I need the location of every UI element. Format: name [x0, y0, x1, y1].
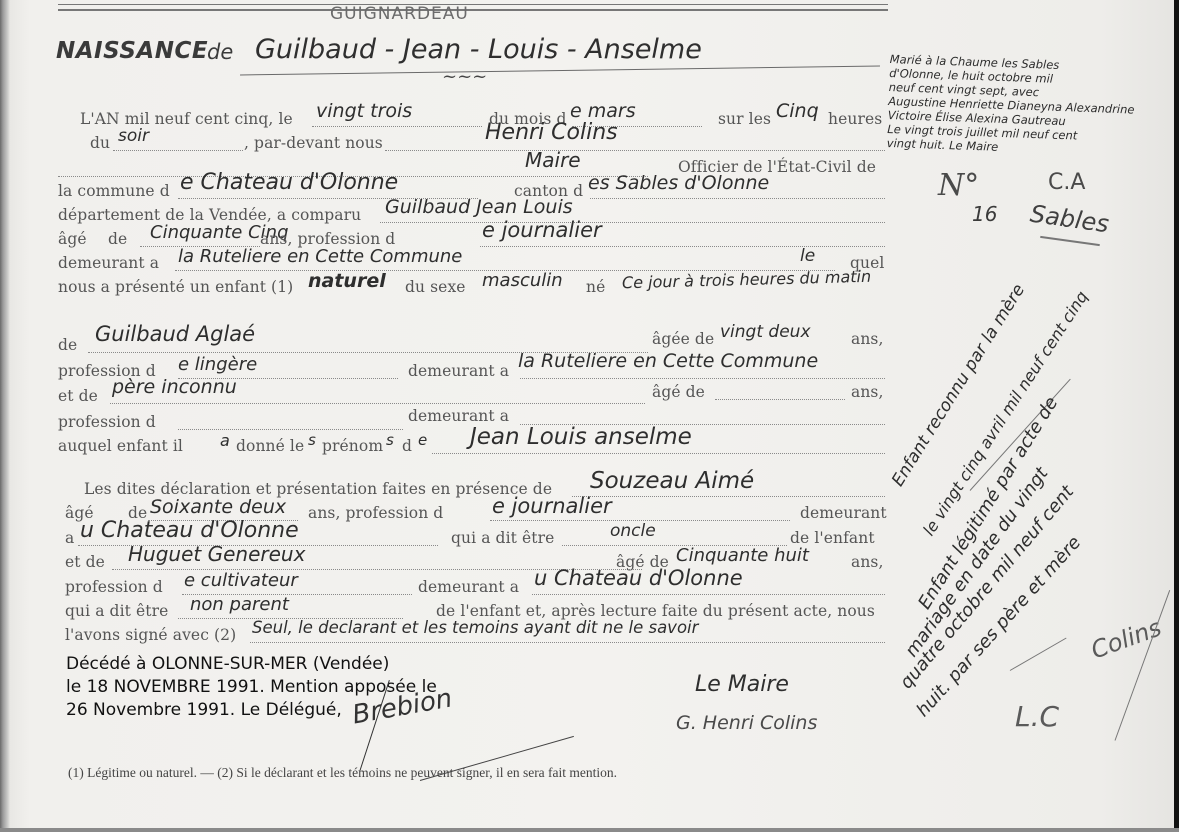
printed-donne-le: donné le	[236, 437, 304, 455]
printed-de: de	[108, 230, 127, 248]
printed-ans: ans,	[851, 383, 884, 401]
printed-qui-a-dit-etre: qui a dit être	[65, 602, 168, 620]
printed-avons-signe: l'avons signé avec (2)	[65, 626, 236, 644]
witness1-residence-value: u Chateau d'Olonne	[80, 518, 299, 543]
printed-demeurant: demeurant	[800, 504, 887, 522]
declarant-name-value: Guilbaud Jean Louis	[385, 196, 573, 218]
witness1-relation-value: oncle	[610, 521, 656, 541]
record-type-title: NAISSANCE	[56, 38, 208, 64]
father-value: père inconnu	[112, 376, 237, 398]
time-of-day-value: soir	[118, 126, 149, 146]
officer-title-value: Maire	[525, 148, 581, 172]
printed-du: du	[90, 134, 110, 152]
marriage-margin-note: Marié à la Chaume les Sables d'Olonne, l…	[887, 52, 1175, 160]
officer-name-value: Henri Colins	[485, 120, 618, 145]
ca-label: C.A	[1048, 170, 1085, 195]
printed-agee-de: âgée de	[652, 330, 714, 348]
printed-age: âgé	[58, 230, 87, 248]
death-mention-line: Décédé à OLONNE-SUR-MER (Vendée)	[66, 653, 437, 676]
plural-s-1: s	[308, 431, 316, 449]
record-number-label: N°	[938, 168, 979, 203]
printed-prenom: prénom	[322, 437, 383, 455]
legitimation-note-line: mariage en date du vingt	[901, 464, 1053, 661]
field-line	[250, 642, 885, 643]
civil-registry-page: GUIGNARDEAU NAISSANCE de Guilbaud - Jean…	[0, 0, 1179, 832]
printed-demeurant-a: demeurant a	[408, 407, 509, 425]
field-line	[380, 222, 885, 223]
e-handwritten: e	[418, 431, 427, 449]
child-full-name: Guilbaud - Jean - Louis - Anselme	[255, 34, 702, 65]
signature-flourish	[1115, 590, 1171, 741]
signature-clause-value: Seul, le declarant et les temoins ayant …	[252, 618, 698, 637]
record-number-value: 16	[972, 202, 997, 226]
printed-demeurant: demeurant a	[58, 254, 159, 272]
witness2-profession-value: e cultivateur	[184, 570, 298, 591]
mother-residence-value: la Ruteliere en Cette Commune	[518, 350, 818, 372]
printed-profession: profession d	[65, 578, 163, 596]
field-line	[572, 496, 885, 497]
printed-et-de: et de	[65, 553, 105, 571]
printed-ans: ans,	[851, 553, 884, 571]
ca-underline	[1040, 236, 1100, 246]
field-line	[312, 126, 482, 127]
printed-par-devant-nous: , par-devant nous	[244, 134, 383, 152]
printed-du-sexe: du sexe	[405, 278, 466, 296]
witness1-profession-value: e journalier	[492, 494, 612, 518]
printed-ne: né	[586, 278, 605, 296]
annotation-guignardeau: GUIGNARDEAU	[330, 4, 469, 24]
printed-demeurant-a: demeurant a	[418, 578, 519, 596]
printed-et-de: et de	[58, 387, 98, 405]
witness2-relation-value: non parent	[190, 594, 289, 615]
child-sex-value: masculin	[482, 270, 563, 291]
printed-d: d	[402, 437, 412, 455]
field-line	[110, 403, 645, 404]
witness1-name-value: Souzeau Aimé	[590, 468, 754, 494]
mother-profession-value: e lingère	[178, 354, 257, 375]
printed-de-mother: de	[58, 336, 77, 354]
lequel-handwritten: le	[800, 246, 815, 266]
margin-signature-initials: L.C	[1015, 700, 1059, 733]
declaration-hour-value: Cinq	[776, 100, 819, 122]
field-line	[590, 198, 885, 199]
witness2-residence-value: u Chateau d'Olonne	[534, 566, 743, 590]
declarant-profession-value: e journalier	[482, 218, 602, 242]
title-de: de	[207, 40, 233, 64]
field-line	[113, 150, 243, 151]
printed-qui-a-dit-etre: qui a dit être	[451, 529, 554, 547]
top-rule-thick	[58, 9, 888, 11]
printed-demeurant-a: demeurant a	[408, 362, 509, 380]
birth-day-value: vingt trois	[316, 100, 412, 122]
printed-auquel-enfant: auquel enfant il	[58, 437, 183, 455]
printed-a: a	[65, 529, 74, 547]
flourish-ornament: ~~~	[442, 66, 487, 87]
canton-value: es Sables d'Olonne	[588, 172, 769, 194]
printed-ans-profession: ans, profession d	[308, 504, 443, 522]
plural-s-2: s	[386, 431, 394, 449]
top-rule	[58, 4, 888, 5]
page-binding-edge	[0, 0, 10, 832]
given-names-value: Jean Louis anselme	[470, 424, 692, 450]
field-line	[432, 453, 885, 454]
field-line	[715, 399, 845, 400]
printed-ans: ans,	[851, 330, 884, 348]
form-footnote: (1) Légitime ou naturel. — (2) Si le déc…	[68, 765, 617, 781]
mother-age-value: vingt deux	[720, 322, 811, 342]
commune-value: e Chateau d'Olonne	[180, 170, 398, 195]
field-line	[532, 594, 885, 595]
witness1-age-value: Soixante deux	[150, 496, 286, 518]
field-line	[480, 246, 885, 247]
signature-stroke	[1010, 638, 1067, 671]
printed-presente-enfant: nous a présenté un enfant (1)	[58, 278, 293, 296]
field-line	[178, 429, 403, 430]
a-handwritten: a	[220, 431, 230, 450]
mayor-signature-title: Le Maire	[695, 672, 789, 697]
printed-sur-les: sur les	[718, 110, 771, 128]
printed-profession: profession d	[58, 413, 156, 431]
child-status-value: naturel	[308, 270, 386, 292]
printed-la-commune: la commune d	[58, 182, 170, 200]
field-line	[520, 378, 885, 379]
mother-name-value: Guilbaud Aglaé	[95, 322, 255, 346]
printed-year-clause: L'AN mil neuf cent cinq, le	[80, 110, 293, 128]
printed-age-de: âgé de	[652, 383, 705, 401]
declarant-residence-value: la Ruteliere en Cette Commune	[178, 246, 462, 267]
ca-place: Sables	[1028, 200, 1110, 239]
title-underline	[240, 66, 880, 76]
margin-signature-name: Colins	[1087, 613, 1165, 664]
mayor-signature-name: G. Henri Colins	[676, 712, 817, 734]
witness2-name-value: Huguet Genereux	[128, 542, 305, 566]
printed-heures: heures	[828, 110, 882, 128]
birth-month-value: e mars	[570, 100, 636, 122]
field-line	[385, 150, 885, 151]
witness2-age-value: Cinquante huit	[676, 545, 809, 566]
page-right-edge	[1174, 0, 1179, 832]
page-bottom-edge	[0, 828, 1179, 832]
